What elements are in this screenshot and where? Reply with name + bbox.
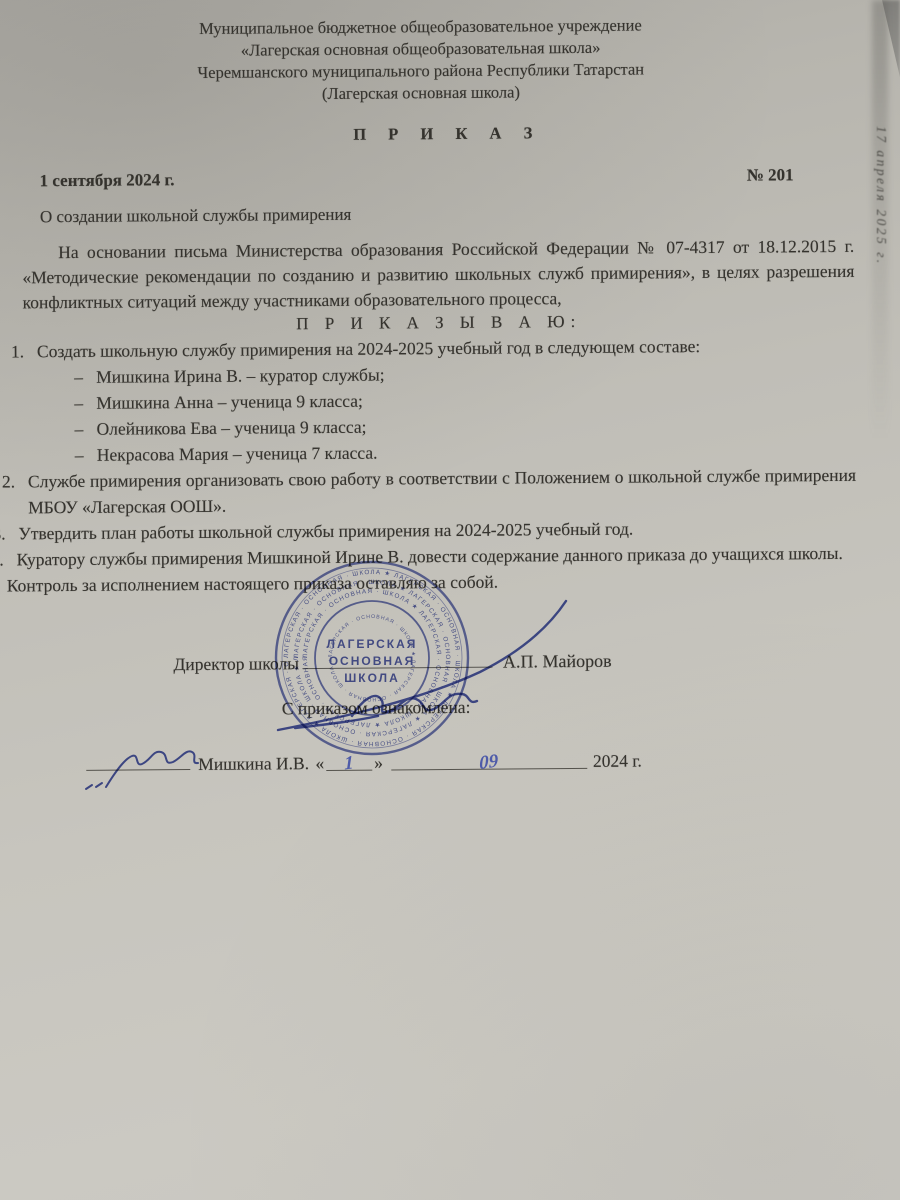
item-text: Утвердить план работы школьной службы пр… bbox=[18, 519, 633, 544]
item-text: Создать школьную службу примирения на 20… bbox=[37, 336, 700, 361]
dash-bullet: – bbox=[74, 364, 96, 390]
member-text: Мишкина Ирина В. – куратор службы; bbox=[96, 365, 385, 387]
item-number: 1. bbox=[11, 338, 35, 364]
item-number: 4. bbox=[0, 546, 15, 572]
document-subject: О создании школьной службы примирения bbox=[40, 200, 898, 227]
item-number: 2. bbox=[2, 468, 26, 494]
acknowledger-signature-handwriting bbox=[70, 735, 230, 805]
director-signature-handwriting bbox=[255, 575, 585, 755]
item-number: 5. bbox=[0, 573, 5, 599]
dash-bullet: – bbox=[74, 390, 96, 416]
member-text: Мишкина Анна – ученица 9 класса; bbox=[96, 391, 363, 413]
order-item-1: 1.Создать школьную службу примирения на … bbox=[11, 332, 856, 469]
member-text: Некрасова Мария – ученица 7 класса. bbox=[97, 443, 378, 465]
document-number: № 201 bbox=[747, 165, 794, 185]
order-item-2: 2.Службе примирения организовать свою ра… bbox=[2, 462, 856, 521]
member-text: Олейникова Ева – ученица 9 класса; bbox=[97, 417, 367, 439]
scanned-document-photo: 17 апреля 2025 г. Муниципальное бюджетно… bbox=[0, 0, 900, 1200]
item-number: 3. bbox=[0, 520, 17, 546]
dash-bullet: – bbox=[74, 416, 96, 442]
year-text: 2024 г. bbox=[593, 751, 642, 771]
org-name-line: (Лагерская основная школа) bbox=[91, 80, 751, 107]
item-text: Службе примирения организовать свою рабо… bbox=[28, 465, 856, 518]
document-date: 1 сентября 2024 г. bbox=[40, 170, 175, 191]
dash-bullet: – bbox=[75, 442, 97, 468]
document-title: П Р И К А З bbox=[0, 120, 897, 147]
organization-header: Муниципальное бюджетное общеобразователь… bbox=[90, 14, 751, 107]
preamble-paragraph: На основании письма Министерства образов… bbox=[22, 234, 855, 316]
date-number-row: 1 сентября 2024 г. № 201 bbox=[40, 165, 794, 191]
